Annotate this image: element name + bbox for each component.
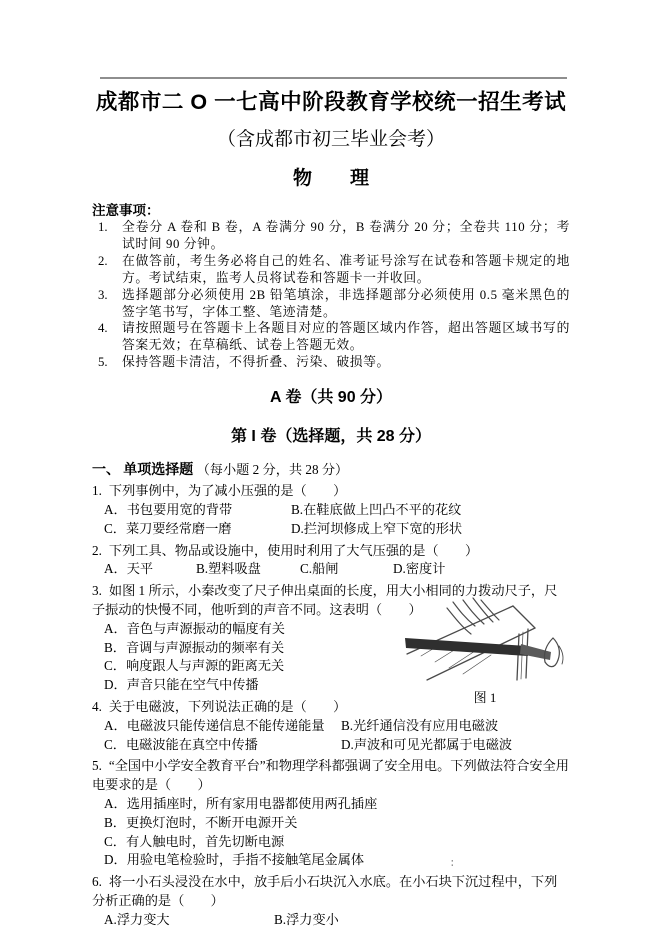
notices-block: 注意事项： 1. 全卷分 A 卷和 B 卷，A 卷满分 90 分，B 卷满分 2…	[92, 199, 570, 371]
question-number: 6.	[92, 874, 109, 889]
section-heading-part1: 第 I 卷（选择题，共 28 分）	[92, 423, 570, 446]
question-stem: 2.下列工具、物品或设施中，使用时利用了大气压强的是（ ）	[92, 542, 570, 561]
ruler-on-table-sketch	[401, 596, 569, 682]
notice-item-1: 1. 全卷分 A 卷和 B 卷，A 卷满分 90 分，B 卷满分 20 分；全卷…	[98, 219, 570, 253]
top-divider	[100, 77, 567, 79]
option-d: D.拦河坝修成上窄下宽的形状	[291, 520, 462, 539]
mcq-heading-title: 单项选择题	[123, 461, 193, 477]
notice-item-4: 4. 请按照题号在答题卡上各题目对应的答题区域内作答，超出答题区域书写的答案无效…	[98, 320, 570, 354]
question-number: 5.	[92, 758, 109, 773]
notice-number: 3.	[98, 287, 122, 321]
figure-caption: 图 1	[400, 689, 570, 708]
exam-title: 成都市二 O 一七高中阶段教育学校统一招生考试	[92, 85, 570, 116]
options-row: C．菜刀要经常磨一磨 D.拦河坝修成上窄下宽的形状	[104, 520, 570, 539]
question-6: 6.将一小石头浸没在水中，放手后小石块沉入水底。在小石块下沉过程中，下列分析正确…	[92, 873, 570, 929]
question-stem-text: 下列工具、物品或设施中，使用时利用了大气压强的是（ ）	[109, 543, 478, 558]
question-stem-text: 关于电磁波，下列说法正确的是（ ）	[109, 699, 346, 714]
exam-paper-page: 成都市二 O 一七高中阶段教育学校统一招生考试 （含成都市初三毕业会考） 物 理…	[0, 0, 661, 935]
option-c: C．有人触电时，首先切断电源	[104, 833, 570, 852]
notice-text: 保持答题卡清洁，不得折叠、污染、破损等。	[122, 354, 570, 371]
question-number: 3.	[92, 583, 109, 598]
options-row: C．电磁波能在真空中传播 D.声波和可见光都属于电磁波	[104, 736, 570, 755]
mcq-section-heading: 一、 单项选择题 （每小题 2 分，共 28 分）	[92, 459, 570, 479]
option-a: A．选用插座时，所有家用电器都使用两孔插座	[104, 795, 570, 814]
notice-text: 全卷分 A 卷和 B 卷，A 卷满分 90 分，B 卷满分 20 分；全卷共 1…	[122, 219, 570, 253]
option-c: C．菜刀要经常磨一磨	[104, 520, 291, 539]
question-3: 3.如图 1 所示，小秦改变了尺子伸出桌面的长度，用大小相同的力拨动尺子，尺子振…	[92, 582, 570, 695]
stray-mark: :	[449, 858, 456, 870]
options-row: A．书包要用宽的背带 B.在鞋底做上凹凸不平的花纹	[104, 501, 570, 520]
notice-number: 4.	[98, 320, 122, 354]
option-c: C.船闸	[300, 560, 393, 579]
option-a: A.浮力变大	[104, 911, 274, 930]
option-a: A．书包要用宽的背带	[104, 501, 291, 520]
notice-number: 1.	[98, 219, 122, 253]
notice-text: 请按照题号在答题卡上各题目对应的答题区域内作答，超出答题区域书写的答案无效；在草…	[122, 320, 570, 354]
notice-text: 在做答前，考生务必将自己的姓名、准考证号涂写在试卷和答题卡规定的地方。考试结束，…	[122, 253, 570, 287]
question-2: 2.下列工具、物品或设施中，使用时利用了大气压强的是（ ） A．天平 B.塑料吸…	[92, 542, 570, 580]
option-a: A．天平	[104, 560, 196, 579]
exam-subject: 物 理	[92, 163, 570, 190]
question-5: 5.“全国中小学安全教育平台”和物理学科都强调了安全用电。下列做法符合安全用电要…	[92, 757, 570, 870]
notice-number: 2.	[98, 253, 122, 287]
section-heading-a-volume: A 卷（共 90 分）	[92, 384, 570, 407]
question-number: 2.	[92, 543, 109, 558]
mcq-heading-suffix: （每小题 2 分，共 28 分）	[197, 462, 349, 477]
question-stem-text: 下列事例中，为了减小压强的是（ ）	[109, 483, 346, 498]
option-b: B．更换灯泡时，不断开电源开关	[104, 814, 570, 833]
question-stem: 5.“全国中小学安全教育平台”和物理学科都强调了安全用电。下列做法符合安全用电要…	[92, 757, 570, 795]
figure-1: 图 1	[400, 596, 570, 708]
options-row: A.浮力变大 B.浮力变小	[104, 911, 570, 930]
mcq-heading-prefix: 一、	[92, 461, 120, 477]
options-row: A．电磁波只能传递信息不能传递能量 B.光纤通信没有应用电磁波	[104, 717, 570, 736]
options-row: A．天平 B.塑料吸盘 C.船闸 D.密度计	[104, 560, 570, 579]
notices-heading: 注意事项：	[92, 199, 570, 219]
option-b: B.浮力变小	[274, 911, 339, 930]
question-stem: 1.下列事例中，为了减小压强的是（ ）	[92, 482, 570, 501]
option-d: D.密度计	[393, 560, 445, 579]
question-stem-text: “全国中小学安全教育平台”和物理学科都强调了安全用电。下列做法符合安全用电要求的…	[92, 758, 569, 792]
option-d: D.声波和可见光都属于电磁波	[341, 736, 512, 755]
option-c: C．电磁波能在真空中传播	[104, 736, 341, 755]
option-b: B.光纤通信没有应用电磁波	[341, 717, 498, 736]
notice-item-3: 3. 选择题部分必须使用 2B 铅笔填涂，非选择题部分必须使用 0.5 毫米黑色…	[98, 287, 570, 321]
question-number: 4.	[92, 699, 109, 714]
question-stem: 6.将一小石头浸没在水中，放手后小石块沉入水底。在小石块下沉过程中，下列分析正确…	[92, 873, 570, 911]
notice-number: 5.	[98, 354, 122, 371]
option-b: B.在鞋底做上凹凸不平的花纹	[291, 501, 461, 520]
notice-item-2: 2. 在做答前，考生务必将自己的姓名、准考证号涂写在试卷和答题卡规定的地方。考试…	[98, 253, 570, 287]
question-1: 1.下列事例中，为了减小压强的是（ ） A．书包要用宽的背带 B.在鞋底做上凹凸…	[92, 482, 570, 538]
option-d: D．用验电笔检验时，手指不接触笔尾金属体	[104, 851, 570, 870]
question-number: 1.	[92, 483, 109, 498]
page-content: 成都市二 O 一七高中阶段教育学校统一招生考试 （含成都市初三毕业会考） 物 理…	[92, 0, 570, 929]
exam-subtitle: （含成都市初三毕业会考）	[92, 124, 570, 151]
option-b: B.塑料吸盘	[196, 560, 300, 579]
option-a: A．电磁波只能传递信息不能传递能量	[104, 717, 341, 736]
question-stem-text: 将一小石头浸没在水中，放手后小石块沉入水底。在小石块下沉过程中，下列分析正确的是…	[92, 874, 557, 908]
notice-text: 选择题部分必须使用 2B 铅笔填涂，非选择题部分必须使用 0.5 毫米黑色的签字…	[122, 287, 570, 321]
notice-item-5: 5. 保持答题卡清洁，不得折叠、污染、破损等。	[98, 354, 570, 371]
